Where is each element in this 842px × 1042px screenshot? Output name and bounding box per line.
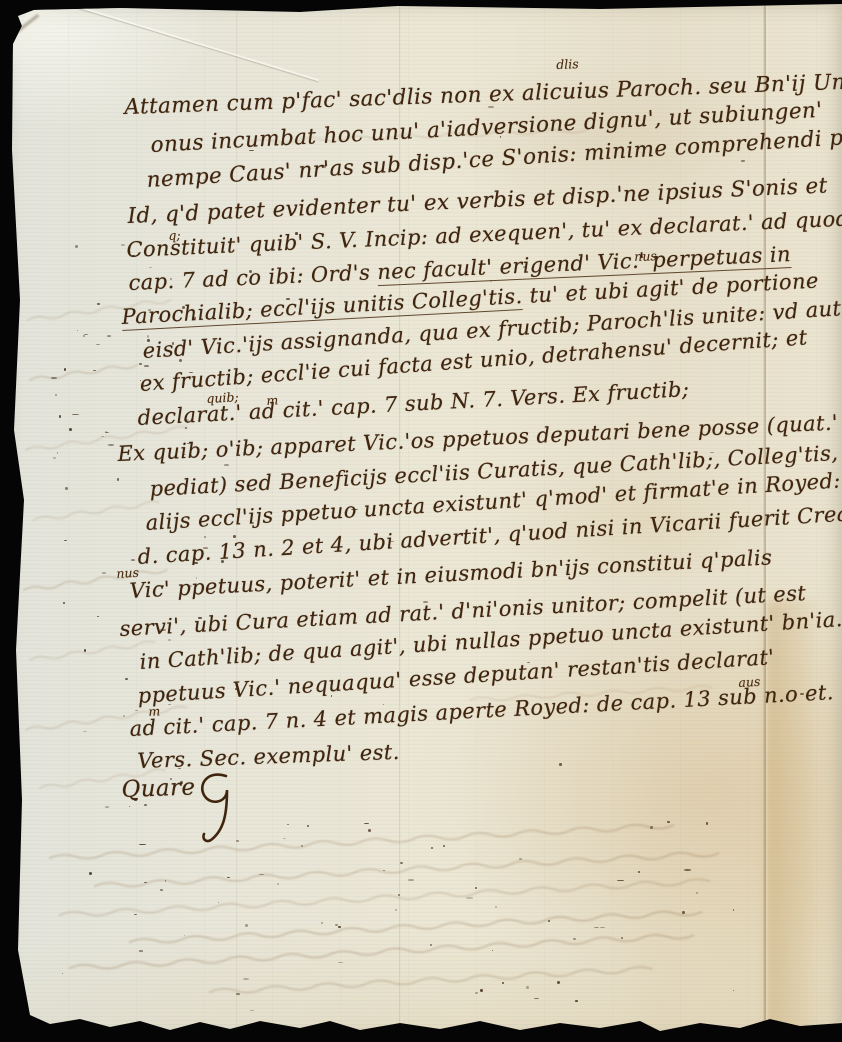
- et-cetera-flourish-icon: [196, 770, 238, 844]
- handwritten-text-block: Attamen cum p'fac' sac'dlis non ex alicu…: [0, 0, 842, 1042]
- abbreviation-superscript: q;: [168, 227, 181, 243]
- line-text: cap. 7 ad co ibi: Ord's: [128, 260, 378, 295]
- line-text: Vers. Sec. exemplu' est.: [137, 740, 400, 773]
- line-text: Quare: [121, 774, 196, 803]
- abbreviation-superscript: m: [148, 703, 161, 719]
- manuscript-line: Vers. Sec. exemplu' est.: [137, 740, 400, 773]
- abbreviation-superscript: dlis: [556, 56, 579, 72]
- manuscript-photo: Attamen cum p'fac' sac'dlis non ex alicu…: [0, 0, 842, 1042]
- abbreviation-superscript: nus: [116, 565, 139, 581]
- abbreviation-superscript: quib;: [206, 389, 239, 406]
- abbreviation-superscript: nus: [634, 248, 657, 264]
- paper-sheet: Attamen cum p'fac' sac'dlis non ex alicu…: [0, 0, 842, 1042]
- abbreviation-superscript: m: [266, 392, 279, 408]
- manuscript-line: Quare: [121, 774, 196, 803]
- abbreviation-superscript: aus: [738, 674, 761, 690]
